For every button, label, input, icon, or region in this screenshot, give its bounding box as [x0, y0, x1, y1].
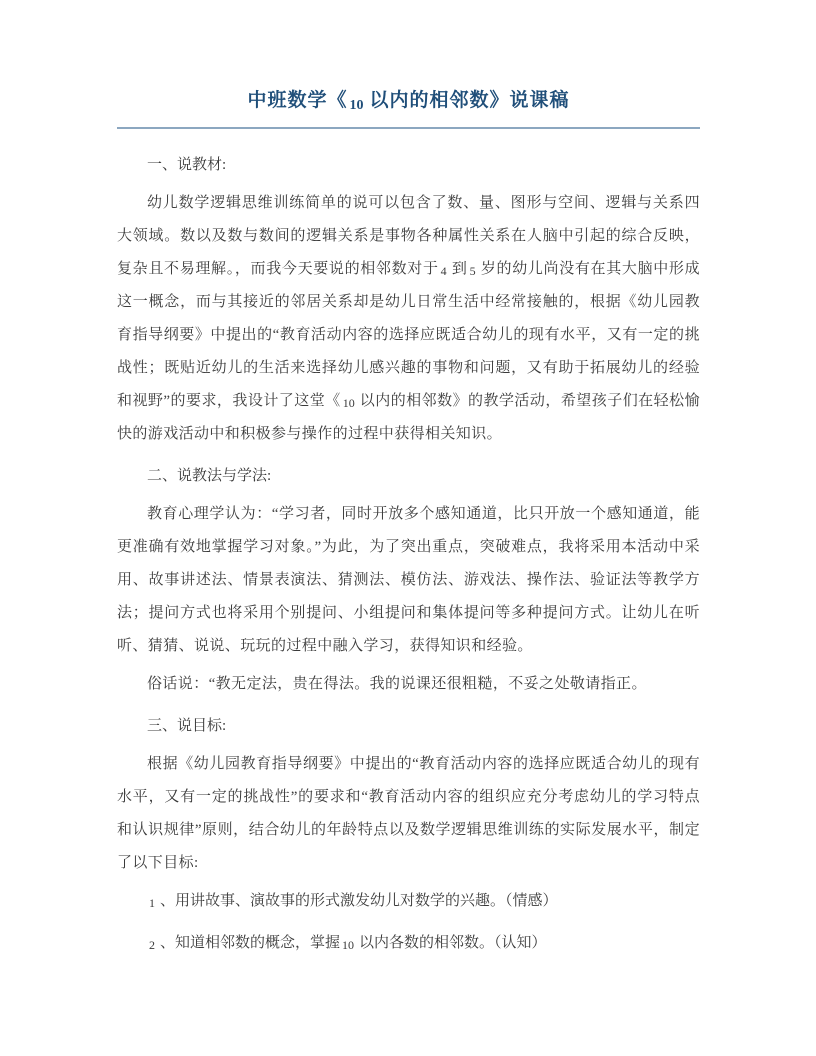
document-body: 一、说教材: 幼儿数学逻辑思维训练简单的说可以包含了数、量、图形与空间、逻辑与关… — [117, 149, 700, 960]
numeral: 10 — [350, 98, 364, 113]
section-heading-shuo-jiaofa-xuefa: 二、说教法与学法: — [117, 460, 700, 493]
paragraph: 教育心理学认为：“学习者，同时开放多个感知通道，比只开放一个感知通道，能更准确有… — [117, 498, 700, 663]
paragraph: 幼儿数学逻辑思维训练简单的说可以包含了数、量、图形与空间、逻辑与关系四大领域。数… — [117, 187, 700, 451]
title-divider — [117, 127, 700, 129]
numeral: 1 — [149, 896, 155, 910]
paragraph: 俗话说：“教无定法，贵在得法。我的说课还很粗糙，不妥之处敬请指正。 — [117, 668, 700, 701]
section-heading-shuo-jiaocai: 一、说教材: — [117, 149, 700, 182]
document-title: 中班数学《10以内的相邻数》说课稿 — [117, 86, 700, 118]
numeral: 10 — [343, 396, 355, 410]
numeral: 10 — [342, 938, 354, 952]
section-heading-shuo-mubiao: 三、说目标: — [117, 710, 700, 743]
numeral: 2 — [149, 938, 155, 952]
numeral: 4 — [441, 264, 447, 278]
paragraph: 根据《幼儿园教育指导纲要》中提出的“教育活动内容的选择应既适合幼儿的现有水平，又… — [117, 748, 700, 880]
list-item-goal-1: 1、用讲故事、演故事的形式激发幼儿对数学的兴趣。（情感） — [117, 885, 700, 918]
numeral: 5 — [470, 264, 476, 278]
document-page: 中班数学《10以内的相邻数》说课稿 一、说教材: 幼儿数学逻辑思维训练简单的说可… — [0, 0, 816, 1056]
list-item-goal-2: 2、知道相邻数的概念，掌握10以内各数的相邻数。（认知） — [117, 927, 700, 960]
